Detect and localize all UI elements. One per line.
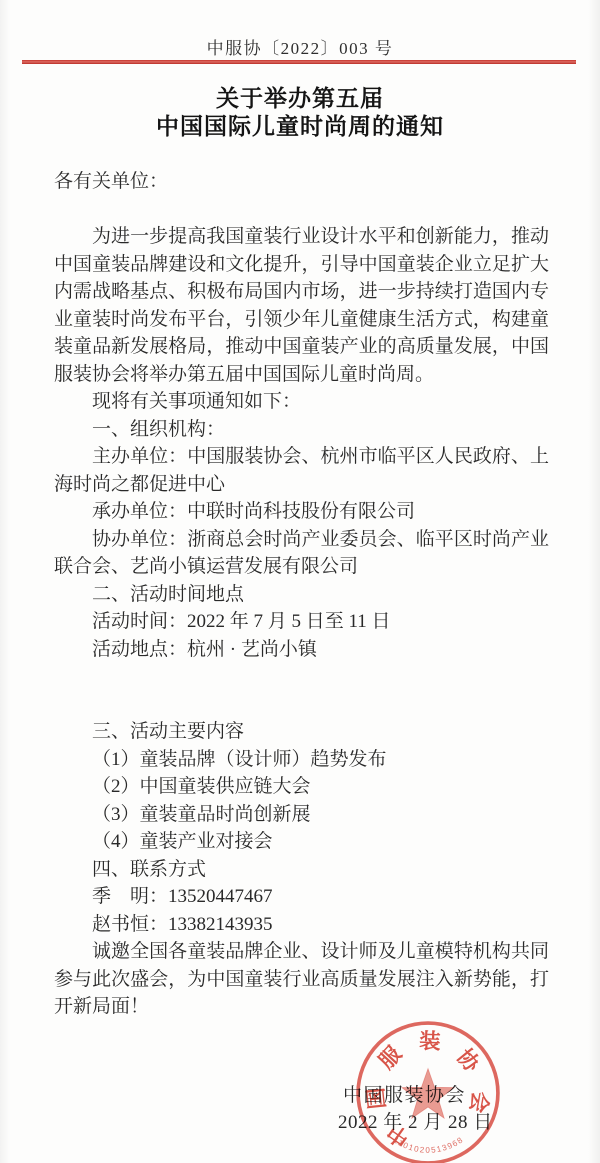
section-2-heading: 二、活动时间地点 xyxy=(54,581,549,609)
doc-number: 中服协〔2022〕003 号 xyxy=(0,34,600,59)
paragraph-notify: 现将有关事项通知如下： xyxy=(54,388,549,416)
official-seal: 中 国 服 装 协 会 1101020513968 xyxy=(352,1016,504,1163)
title-line-2: 中国国际儿童时尚周的通知 xyxy=(0,112,600,140)
section-3-heading: 三、活动主要内容 xyxy=(54,718,549,746)
seal-char-4: 装 xyxy=(419,1028,441,1054)
seal-char-2: 国 xyxy=(364,1087,390,1111)
list-item-3: （3）童装童品时尚创新展 xyxy=(54,801,549,829)
seal-char-6: 会 xyxy=(465,1089,493,1115)
line-undertaker-unit: 承办单位：中联时尚科技股份有限公司 xyxy=(54,498,549,526)
paragraph-closing: 诚邀全国各童装品牌企业、设计师及儿童模特机构共同参与此次盛会，为中国童装行业高质… xyxy=(54,938,549,1021)
line-event-location: 活动地点：杭州 · 艺尚小镇 xyxy=(54,636,549,664)
line-event-time: 活动时间：2022 年 7 月 5 日至 11 日 xyxy=(54,608,549,636)
section-4-heading: 四、联系方式 xyxy=(54,856,549,884)
list-item-2: （2）中国童装供应链大会 xyxy=(54,773,549,801)
paragraph-intro: 为进一步提高我国童装行业设计水平和创新能力，推动中国童装品牌建设和文化提升，引导… xyxy=(54,223,549,388)
section-1-heading: 一、组织机构： xyxy=(54,416,549,444)
contact-1: 季 明：13520447467 xyxy=(54,883,549,911)
red-divider-rule xyxy=(22,60,576,64)
page-title: 关于举办第五届 中国国际儿童时尚周的通知 xyxy=(0,84,600,140)
line-co-organizer-units: 协办单位：浙商总会时尚产业委员会、临平区时尚产业联合会、艺尚小镇运营发展有限公司 xyxy=(54,526,549,581)
list-item-4: （4）童装产业对接会 xyxy=(54,828,549,856)
title-line-1: 关于举办第五届 xyxy=(0,84,600,112)
salutation: 各有关单位： xyxy=(54,168,549,196)
seal-char-3: 服 xyxy=(374,1041,407,1073)
contact-2: 赵书恒：13382143935 xyxy=(54,911,549,939)
seal-star xyxy=(402,1069,454,1118)
list-item-1: （1）童装品牌（设计师）趋势发布 xyxy=(54,746,549,774)
line-host-units: 主办单位：中国服装协会、杭州市临平区人民政府、上海时尚之都促进中心 xyxy=(54,443,549,498)
document-body: 各有关单位： 为进一步提高我国童装行业设计水平和创新能力，推动中国童装品牌建设和… xyxy=(54,168,549,1021)
document-page: 中服协〔2022〕003 号 关于举办第五届 中国国际儿童时尚周的通知 各有关单… xyxy=(0,0,600,1163)
